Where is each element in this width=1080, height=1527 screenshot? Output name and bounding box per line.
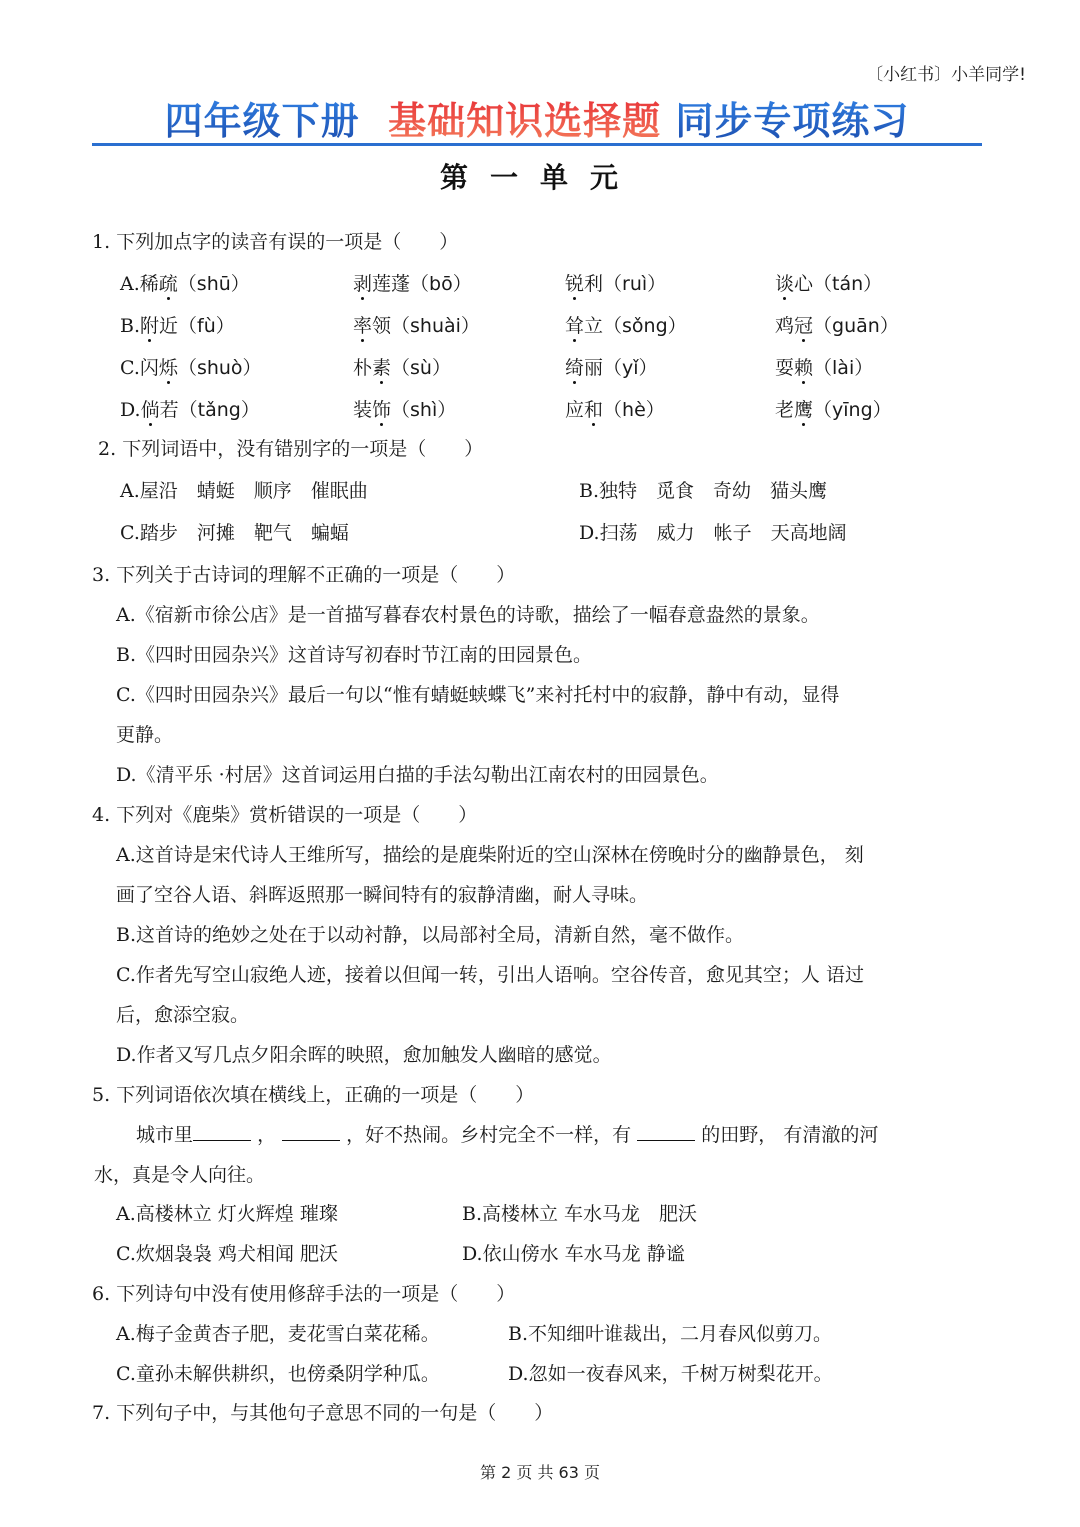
emphasis-dot-char: 锐 — [565, 273, 584, 295]
question-1-option-a-item-3: 锐利（ruì） — [565, 270, 666, 298]
emphasis-dot-char: 素 — [372, 357, 391, 379]
question-5-passage: 城市里 ， ，好不热闹。乡村完全不一样，有 的田野， 有清澈的河 — [136, 1121, 878, 1149]
emphasis-dot-char: 附 — [140, 315, 159, 337]
question-6-option-b: B.不知细叶谁裁出，二月春风似剪刀。 — [508, 1320, 832, 1348]
question-4-option-a-cont: 画了空谷人语、斜晖返照那一瞬间特有的寂静清幽，耐人寻味。 — [116, 881, 648, 909]
title-divider — [92, 143, 982, 146]
question-5-passage-cont: 水，真是令人向往。 — [94, 1161, 265, 1189]
question-2-option-c: C.踏步 河摊 靶气 蝙蝠 — [120, 519, 349, 547]
emphasis-dot-char: 烁 — [159, 357, 178, 379]
question-1-option-a-item-1: A.稀疏（shū） — [120, 270, 250, 298]
emphasis-dot-char: 耸 — [565, 315, 584, 337]
title-grade: 四年级下册 — [165, 99, 360, 143]
question-3-stem: 3. 下列关于古诗词的理解不正确的一项是（ ） — [92, 561, 515, 589]
question-1-option-b-item-4: 鸡冠（guān） — [775, 312, 899, 340]
fill-blank-1[interactable] — [193, 1122, 251, 1141]
emphasis-dot-char: 和 — [584, 399, 603, 421]
question-1-option-b-item-2: 率领（shuài） — [353, 312, 480, 340]
emphasis-dot-char: 疏 — [159, 273, 178, 295]
question-5-option-c: C.炊烟袅袅 鸡犬相闻 肥沃 — [116, 1240, 338, 1268]
page-title: 四年级下册 基础知识选择题 同步专项练习 — [92, 96, 982, 146]
question-4-option-a: A.这首诗是宋代诗人王维所写，描绘的是鹿柴附近的空山深林在傍晚时分的幽静景色， … — [116, 841, 864, 869]
question-1-option-b-item-3: 耸立（sǒng） — [565, 312, 687, 340]
question-5-stem: 5. 下列词语依次填在横线上，正确的一项是（ ） — [92, 1081, 534, 1109]
question-4-option-b: B.这首诗的绝妙之处在于以动衬静，以局部衬全局，清新自然，毫不做作。 — [116, 921, 744, 949]
emphasis-dot-char: 冠 — [794, 315, 813, 337]
question-6-option-a: A.梅子金黄杏子肥，麦花雪白菜花稀。 — [116, 1320, 440, 1348]
fill-blank-3[interactable] — [637, 1122, 695, 1141]
question-7-stem: 7. 下列句子中，与其他句子意思不同的一句是（ ） — [92, 1399, 553, 1427]
page-number: 第 2 页 共 63 页 — [0, 1460, 1080, 1483]
emphasis-dot-char: 鹰 — [794, 399, 813, 421]
question-2-option-d: D.扫荡 威力 帐子 天高地阔 — [579, 519, 847, 547]
question-1-option-d-item-1: D.倘若（tǎng） — [120, 396, 260, 424]
question-5-option-a: A.高楼林立 灯火辉煌 璀璨 — [116, 1200, 338, 1228]
question-1-option-c-item-4: 耍赖（lài） — [775, 354, 873, 382]
emphasis-dot-char: 剥 — [353, 273, 372, 295]
question-5-option-d: D.依山傍水 车水马龙 静谧 — [462, 1240, 685, 1268]
title-practice: 同步专项练习 — [675, 99, 909, 143]
emphasis-dot-char: 率 — [353, 315, 372, 337]
question-1-option-d-item-3: 应和（hè） — [565, 396, 665, 424]
question-3-option-c: C.《四时田园杂兴》最后一句以“惟有蜻蜓蛱蝶飞”来衬托村中的寂静，静中有动，显得 — [116, 681, 839, 709]
question-1-option-c-item-3: 绮丽（yǐ） — [565, 354, 658, 382]
title-subject: 基础知识选择题 — [388, 99, 661, 143]
emphasis-dot-char: 倘 — [141, 399, 160, 421]
question-6-stem: 6. 下列诗句中没有使用修辞手法的一项是（ ） — [92, 1280, 515, 1308]
question-4-option-c: C.作者先写空山寂绝人迹，接着以但闻一转，引出人语响。空谷传音，愈见其空；人 语… — [116, 961, 864, 989]
fill-blank-2[interactable] — [282, 1122, 340, 1141]
question-3-option-b: B.《四时田园杂兴》这首诗写初春时节江南的田园景色。 — [116, 641, 592, 669]
emphasis-dot-char: 饰 — [372, 399, 391, 421]
question-3-option-a: A.《宿新市徐公店》是一首描写暮春农村景色的诗歌，描绘了一幅春意盎然的景象。 — [116, 601, 820, 629]
question-1-option-d-item-4: 老鹰（yīng） — [775, 396, 892, 424]
question-1-option-c-item-2: 朴素（sù） — [353, 354, 451, 382]
question-1-option-a-item-2: 剥莲蓬（bō） — [353, 270, 472, 298]
question-1-option-d-item-2: 装饰（shì） — [353, 396, 456, 424]
emphasis-dot-char: 赖 — [794, 357, 813, 379]
question-6-option-d: D.忽如一夜春风来，千树万树梨花开。 — [508, 1360, 833, 1388]
watermark: 〔小红书〕小羊同学! — [866, 60, 1026, 85]
question-3-option-c-cont: 更静。 — [116, 721, 173, 749]
question-2-stem: 2. 下列词语中，没有错别字的一项是（ ） — [98, 435, 483, 463]
question-5-option-b: B.高楼林立 车水马龙 肥沃 — [462, 1200, 697, 1228]
question-6-option-c: C.童孙未解供耕织，也傍桑阴学种瓜。 — [116, 1360, 440, 1388]
question-2-option-b: B.独特 觅食 奇幼 猫头鹰 — [579, 477, 827, 505]
question-1-option-c-item-1: C.闪烁（shuò） — [120, 354, 262, 382]
question-4-option-d: D.作者又写几点夕阳余晖的映照，愈加触发人幽暗的感觉。 — [116, 1041, 612, 1069]
question-1-option-a-item-4: 谈心（tán） — [775, 270, 882, 298]
question-2-option-a: A.屋沿 蜻蜓 顺序 催眠曲 — [120, 477, 368, 505]
question-1-stem: 1. 下列加点字的读音有误的一项是（ ） — [92, 228, 458, 256]
question-4-option-c-cont: 后，愈添空寂。 — [116, 1001, 249, 1029]
question-3-option-d: D.《清平乐 ·村居》这首词运用白描的手法勾勒出江南农村的田园景色。 — [116, 761, 719, 789]
unit-heading: 第一单元 — [0, 156, 1080, 196]
question-4-stem: 4. 下列对《鹿柴》赏析错误的一项是（ ） — [92, 801, 477, 829]
question-1-option-b-item-1: B.附近（fù） — [120, 312, 235, 340]
emphasis-dot-char: 谈 — [775, 273, 794, 295]
emphasis-dot-char: 绮 — [565, 357, 584, 379]
